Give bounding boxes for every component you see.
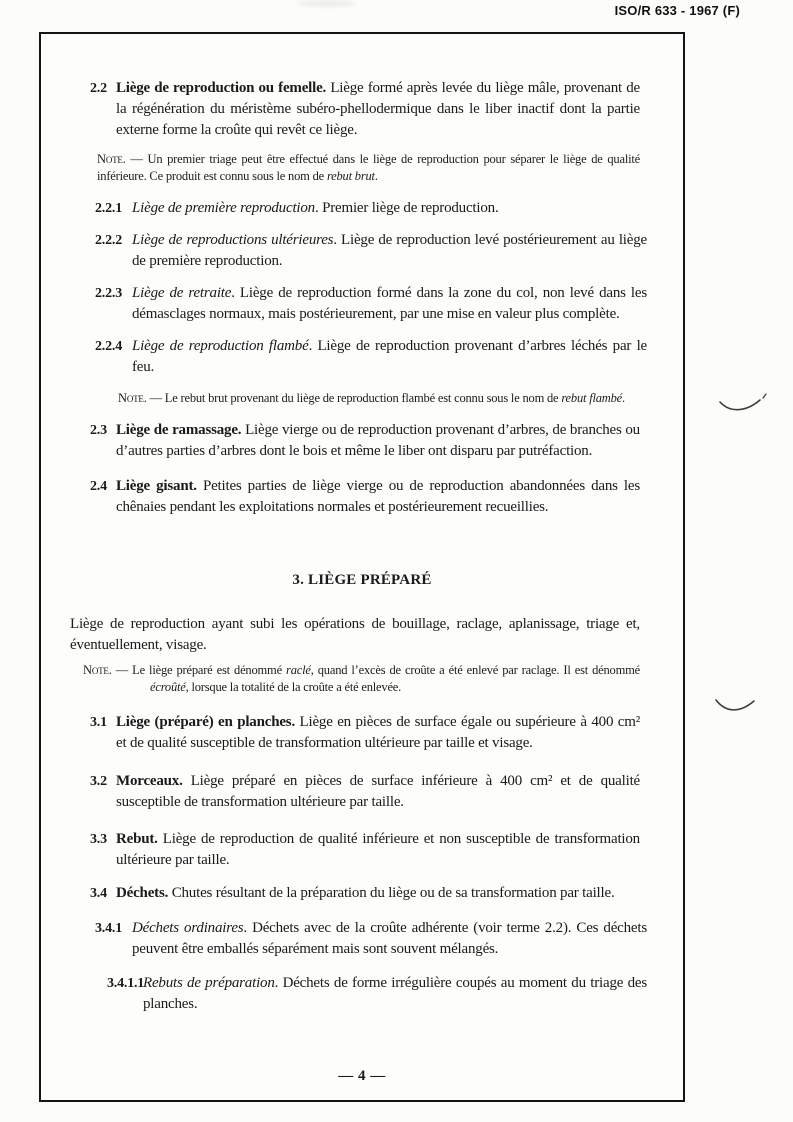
- section-number: 3.4.1.1: [107, 973, 143, 1015]
- section-number: 2.2.2: [95, 230, 132, 272]
- pen-mark-icon: [710, 692, 766, 720]
- section-number: 3.4: [90, 883, 116, 904]
- bold-text-run: Liège de ramassage.: [116, 422, 241, 438]
- section-text: Déchets. Chutes résultant de la préparat…: [116, 883, 640, 904]
- note-2-2: Note. — Un premier triage peut être effe…: [97, 151, 640, 185]
- text-run: Liège de reproduction ayant subi les opé…: [70, 616, 640, 653]
- text-run: . — Le rebut brut provenant du liège de …: [144, 391, 562, 405]
- smallcaps-text-run: Note: [118, 391, 144, 405]
- section-number: 2.2: [90, 78, 116, 141]
- section-text: Liège gisant. Petites parties de liège v…: [116, 476, 640, 518]
- section-text: Déchets ordinaires. Déchets avec de la c…: [132, 918, 647, 960]
- bold-text-run: Liège (préparé) en planches.: [116, 714, 295, 730]
- section-3-heading: 3. LIÈGE PRÉPARÉ: [41, 570, 683, 591]
- section-3-intro: Liège de reproduction ayant subi les opé…: [70, 614, 640, 656]
- pen-mark-icon: [716, 390, 772, 418]
- section-number: 2.2.1: [95, 198, 132, 219]
- page-number: — 4 —: [39, 1068, 685, 1085]
- section-number: 2.3: [90, 420, 116, 462]
- section-text: Morceaux. Liège préparé en pièces de sur…: [116, 771, 640, 813]
- section-2-4: 2.4Liège gisant. Petites parties de lièg…: [90, 476, 640, 518]
- section-number: 2.2.3: [95, 283, 132, 325]
- section-text: Liège de première reproduction. Premier …: [132, 198, 647, 219]
- note-3: Note. — Le liège préparé est dénommé rac…: [83, 662, 640, 696]
- italic-text-run: écroûté: [150, 680, 186, 694]
- smallcaps-text-run: Note: [97, 152, 123, 166]
- section-number: 2.4: [90, 476, 116, 518]
- section-2-2-3: 2.2.3Liège de retraite. Liège de reprodu…: [95, 283, 647, 325]
- document-reference: ISO/R 633 - 1967 (F): [615, 3, 740, 18]
- italic-text-run: rebut flambé: [561, 391, 622, 405]
- text-run: Chutes résultant de la préparation du li…: [168, 885, 614, 901]
- text-run: , quand l’excès de croûte a été enlevé p…: [311, 663, 640, 677]
- bold-text-run: Liège de reproduction ou femelle.: [116, 80, 326, 96]
- italic-text-run: Liège de reproductions ultérieures: [132, 232, 333, 248]
- section-text: Liège de reproductions ultérieures. Lièg…: [132, 230, 647, 272]
- bold-text-run: Déchets.: [116, 885, 168, 901]
- section-text: Liège (préparé) en planches. Liège en pi…: [116, 712, 640, 754]
- italic-text-run: Liège de retraite: [132, 285, 231, 301]
- text-run: Liège de reproduction de qualité inférie…: [116, 831, 640, 868]
- italic-text-run: Déchets ordinaires: [132, 920, 243, 936]
- bold-text-run: Rebut.: [116, 831, 158, 847]
- section-2-2-1: 2.2.1Liège de première reproduction. Pre…: [95, 198, 647, 219]
- text-run: Liège préparé en pièces de surface infér…: [116, 773, 640, 810]
- italic-text-run: rebut brut: [327, 169, 375, 183]
- text-run: .: [375, 169, 378, 183]
- section-3-1: 3.1Liège (préparé) en planches. Liège en…: [90, 712, 640, 754]
- section-number: 3.4.1: [95, 918, 132, 960]
- section-number: 2.2.4: [95, 336, 132, 378]
- section-number: 3.3: [90, 829, 116, 871]
- section-3-4-1-1: 3.4.1.1Rebuts de préparation. Déchets de…: [107, 973, 647, 1015]
- section-text: Liège de reproduction ou femelle. Liège …: [116, 78, 640, 141]
- note-2-2-4: Note. — Le rebut brut provenant du liège…: [118, 390, 663, 407]
- section-2-2: 2.2Liège de reproduction ou femelle. Liè…: [90, 78, 640, 141]
- section-3-2: 3.2Morceaux. Liège préparé en pièces de …: [90, 771, 640, 813]
- section-text: Liège de retraite. Liège de reproduction…: [132, 283, 647, 325]
- text-run: , lorsque la totalité de la croûte a été…: [186, 680, 401, 694]
- italic-text-run: Rebuts de préparation: [143, 975, 275, 991]
- section-3-3: 3.3Rebut. Liège de reproduction de quali…: [90, 829, 640, 871]
- italic-text-run: Liège de reproduction flambé: [132, 338, 309, 354]
- section-3-4: 3.4Déchets. Chutes résultant de la prépa…: [90, 883, 640, 904]
- section-2-2-2: 2.2.2Liège de reproductions ultérieures.…: [95, 230, 647, 272]
- bold-text-run: Liège gisant.: [116, 478, 197, 494]
- section-text: Liège de reproduction flambé. Liège de r…: [132, 336, 647, 378]
- section-number: 3.1: [90, 712, 116, 754]
- document-body: 2.2Liège de reproduction ou femelle. Liè…: [41, 78, 683, 1015]
- italic-text-run: Liège de première reproduction: [132, 200, 315, 216]
- scan-artifact: [298, 0, 356, 7]
- italic-text-run: raclé: [286, 663, 311, 677]
- section-2-2-4: 2.2.4Liège de reproduction flambé. Liège…: [95, 336, 647, 378]
- section-3-4-1: 3.4.1Déchets ordinaires. Déchets avec de…: [95, 918, 647, 960]
- text-run: . Premier liège de reproduction.: [315, 200, 499, 216]
- content-frame: 2.2Liège de reproduction ou femelle. Liè…: [39, 32, 685, 1102]
- section-text: Liège de ramassage. Liège vierge ou de r…: [116, 420, 640, 462]
- smallcaps-text-run: Note: [83, 663, 109, 677]
- section-2-3: 2.3Liège de ramassage. Liège vierge ou d…: [90, 420, 640, 462]
- section-text: Rebut. Liège de reproduction de qualité …: [116, 829, 640, 871]
- bold-text-run: Morceaux.: [116, 773, 183, 789]
- section-text: Rebuts de préparation. Déchets de forme …: [143, 973, 647, 1015]
- section-number: 3.2: [90, 771, 116, 813]
- text-run: .: [622, 391, 625, 405]
- text-run: . — Le liège préparé est dénommé: [109, 663, 286, 677]
